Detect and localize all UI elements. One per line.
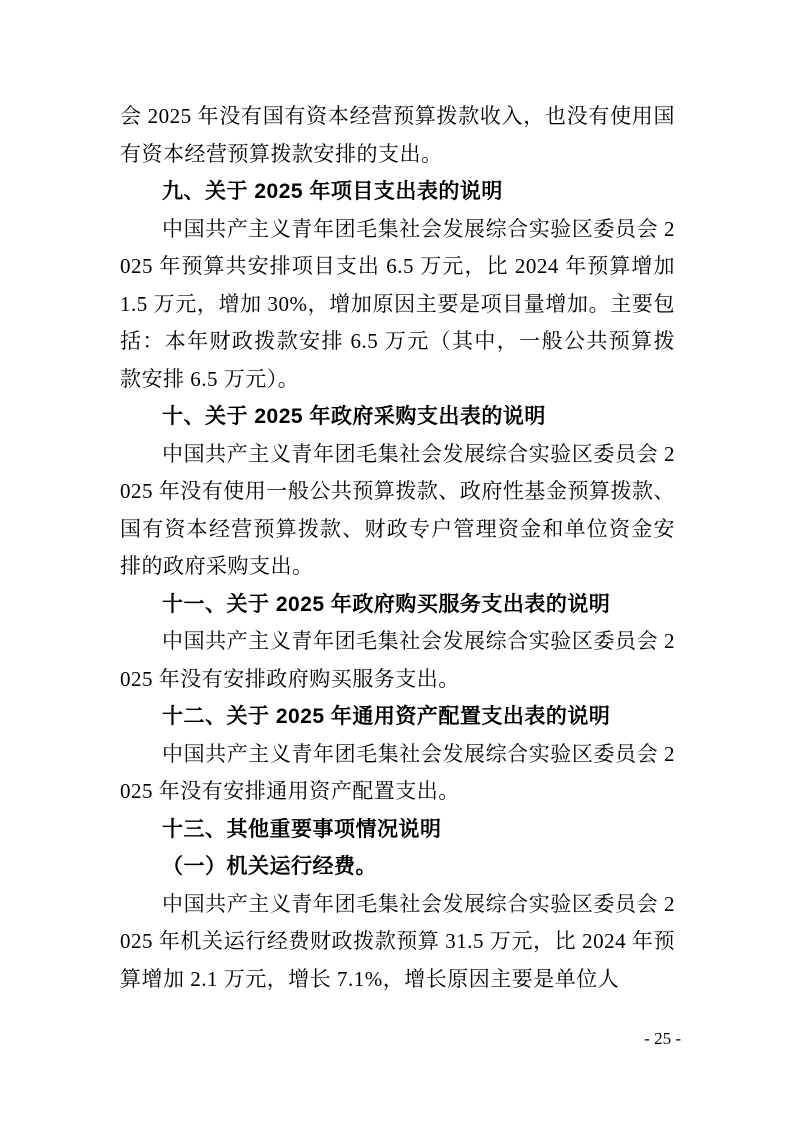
page-number: - 25 -	[644, 1028, 681, 1050]
section-heading-12: 十二、关于 2025 年通用资产配置支出表的说明	[120, 698, 675, 736]
section-heading-9: 九、关于 2025 年项目支出表的说明	[120, 173, 675, 211]
subsection-heading-1: （一）机关运行经费。	[120, 848, 675, 886]
paragraph-subsection-1: 中国共产主义青年团毛集社会发展综合实验区委员会 2025 年机关运行经费财政拨款…	[120, 886, 675, 999]
section-heading-13: 十三、其他重要事项情况说明	[120, 811, 675, 849]
document-body: 会 2025 年没有国有资本经营预算拨款收入，也没有使用国有资本经营预算拨款安排…	[120, 98, 675, 998]
paragraph-section-11: 中国共产主义青年团毛集社会发展综合实验区委员会 2025 年没有安排政府购买服务…	[120, 623, 675, 698]
paragraph-section-12: 中国共产主义青年团毛集社会发展综合实验区委员会 2025 年没有安排通用资产配置…	[120, 736, 675, 811]
paragraph-section-10: 中国共产主义青年团毛集社会发展综合实验区委员会 2025 年没有使用一般公共预算…	[120, 436, 675, 586]
document-page: 会 2025 年没有国有资本经营预算拨款收入，也没有使用国有资本经营预算拨款安排…	[0, 0, 793, 1122]
section-heading-11: 十一、关于 2025 年政府购买服务支出表的说明	[120, 586, 675, 624]
paragraph-continuation: 会 2025 年没有国有资本经营预算拨款收入，也没有使用国有资本经营预算拨款安排…	[120, 98, 675, 173]
section-heading-10: 十、关于 2025 年政府采购支出表的说明	[120, 398, 675, 436]
paragraph-section-9: 中国共产主义青年团毛集社会发展综合实验区委员会 2025 年预算共安排项目支出 …	[120, 211, 675, 399]
